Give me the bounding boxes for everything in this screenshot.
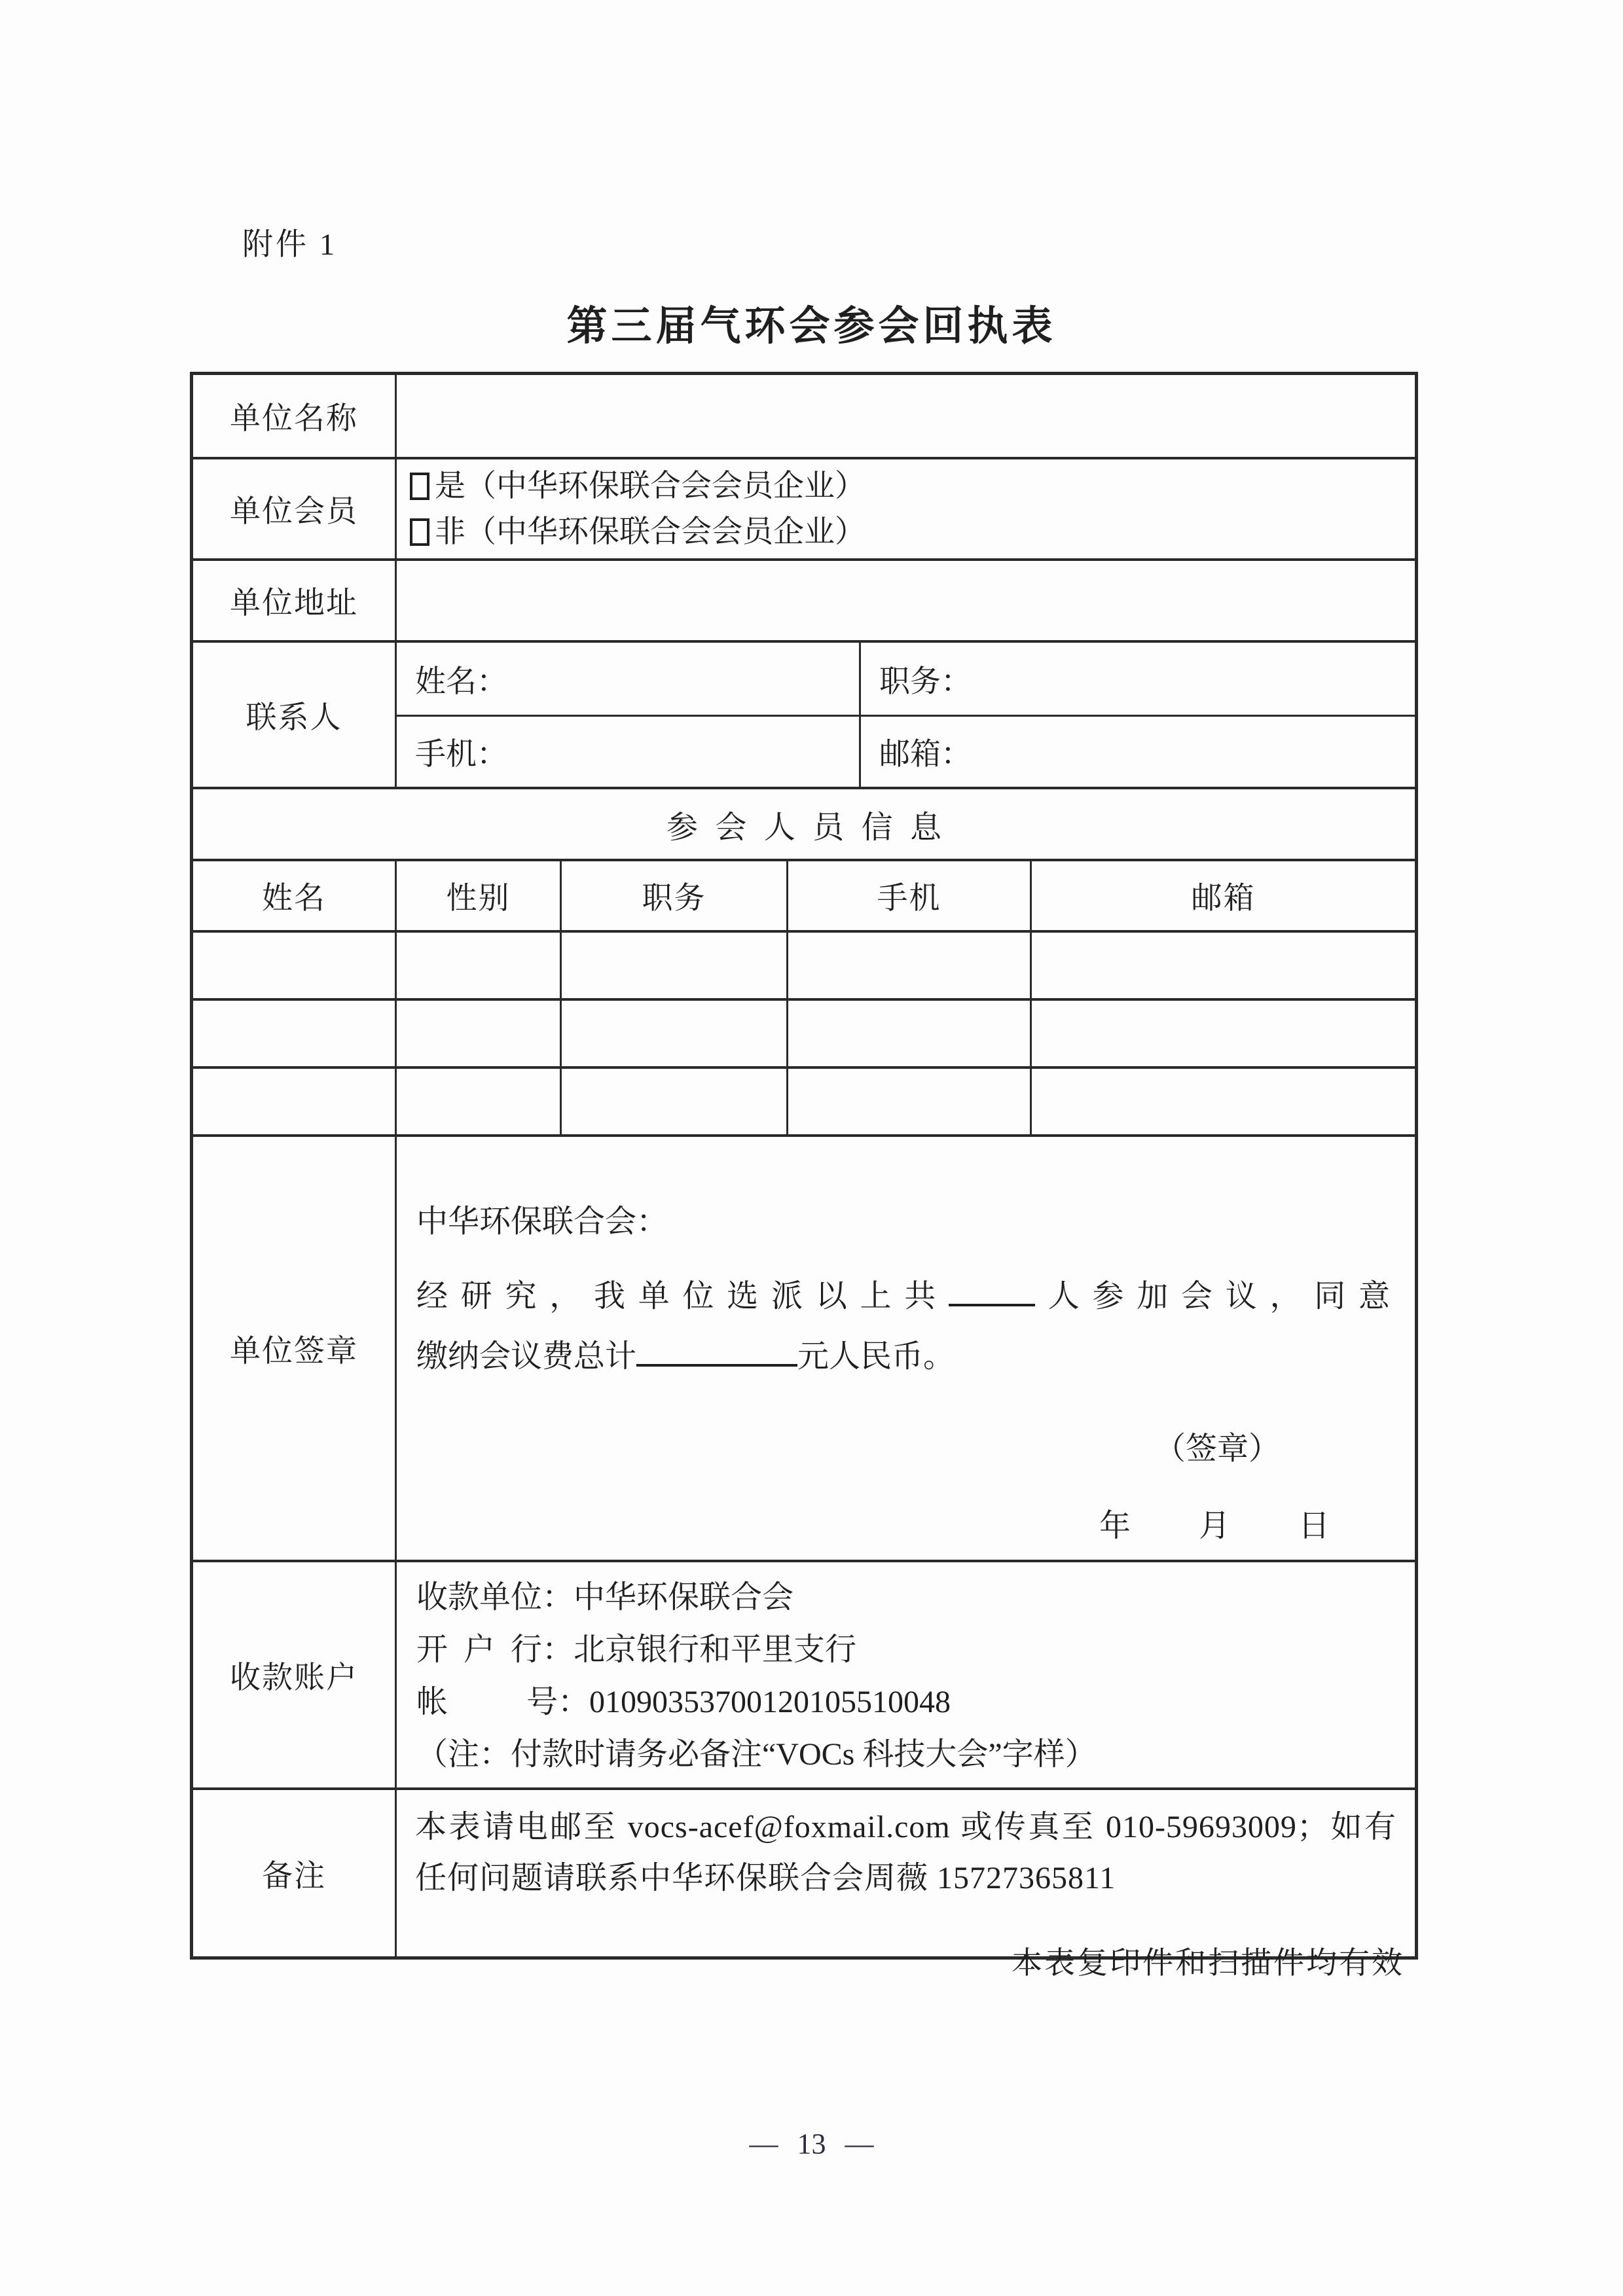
contact-position-label: 职务：: [879, 657, 972, 701]
member-yes-label: 是（中华环保联合会会员企业）: [435, 465, 866, 507]
fee-blank-field[interactable]: [636, 1335, 797, 1367]
copies-valid-note: 本表复印件和扫描件均有效: [1012, 1939, 1404, 1982]
account-number-line: 帐 号：01090353700120105510048: [416, 1676, 1402, 1729]
participant-cell[interactable]: [786, 1001, 1030, 1066]
row-unit-address: 单位地址: [193, 558, 1415, 640]
participant-cell[interactable]: [1030, 933, 1415, 998]
row-unit-member: 单位会员 是（中华环保联合会会员企业） 非（中华环保联合会会员企业）: [193, 457, 1415, 558]
contact-name-label: 姓名：: [415, 657, 507, 701]
row-account: 收款账户 收款单位：中华环保联合会 开 户 行：北京银行和平里支行 帐 号：01…: [193, 1560, 1415, 1787]
contact-mobile-field[interactable]: 手机：: [397, 715, 859, 787]
contact-email-label: 邮箱：: [879, 730, 972, 774]
participant-cell[interactable]: [786, 933, 1030, 998]
col-header-name: 姓名: [193, 861, 395, 930]
member-no-checkbox[interactable]: [410, 518, 429, 546]
participant-cell[interactable]: [1030, 1069, 1415, 1134]
participant-cell[interactable]: [786, 1069, 1030, 1134]
date-month-label: 月: [1199, 1509, 1230, 1543]
contact-grid: 姓名： 职务： 手机： 邮箱：: [395, 643, 1415, 787]
participant-row: [193, 998, 1415, 1066]
signature-line2: 缴纳会议费总计元人民币。: [416, 1327, 1390, 1387]
row-remarks: 备注 本表请电邮至 vocs-acef@foxmail.com 或传真至 010…: [193, 1787, 1415, 1956]
scanned-form-page: { "colors": { "paper": "#fdfdfd", "ink":…: [0, 0, 1623, 2296]
participants-section-title: 参会人员信息: [193, 787, 1415, 859]
headcount-blank-field[interactable]: [949, 1275, 1035, 1306]
account-body: 收款单位：中华环保联合会 开 户 行：北京银行和平里支行 帐 号：0109035…: [395, 1562, 1415, 1787]
signature-salutation: 中华环保联合会：: [416, 1197, 1390, 1247]
unit-member-label: 单位会员: [193, 459, 395, 558]
member-option-no: 非（中华环保联合会会员企业）: [410, 511, 1415, 553]
date-line: 年月日: [416, 1505, 1390, 1548]
member-yes-checkbox[interactable]: [410, 473, 429, 500]
participant-cell[interactable]: [395, 1001, 560, 1066]
attachment-label: 附件 1: [242, 220, 337, 264]
participant-row: [193, 930, 1415, 998]
unit-name-label: 单位名称: [193, 375, 395, 457]
participants-header-row: 姓名 性别 职务 手机 邮箱: [193, 859, 1415, 930]
signature-line2-post: 元人民币。: [797, 1339, 955, 1374]
page-title: 第三届气环会参会回执表: [0, 293, 1623, 351]
contact-label: 联系人: [193, 643, 395, 787]
col-header-gender: 性别: [395, 861, 560, 930]
col-header-mobile: 手机: [786, 861, 1030, 930]
row-signature: 单位签章 中华环保联合会： 经研究，我单位选派以上共人参加会议，同意 缴纳会议费…: [193, 1134, 1415, 1560]
col-header-position: 职务: [560, 861, 786, 930]
participant-cell[interactable]: [193, 933, 395, 998]
account-bank-line: 开 户 行：北京银行和平里支行: [416, 1624, 1402, 1676]
account-payee-line: 收款单位：中华环保联合会: [416, 1571, 1402, 1624]
participant-cell[interactable]: [560, 1069, 786, 1134]
col-header-email: 邮箱: [1030, 861, 1415, 930]
participant-cell[interactable]: [1030, 1001, 1415, 1066]
signature-line1-post: 人参加会议，同意: [1035, 1279, 1390, 1314]
date-day-label: 日: [1298, 1509, 1330, 1543]
remarks-label: 备注: [193, 1790, 395, 1956]
participant-cell[interactable]: [395, 933, 560, 998]
signature-body: 中华环保联合会： 经研究，我单位选派以上共人参加会议，同意 缴纳会议费总计元人民…: [395, 1137, 1415, 1560]
signature-line2-pre: 缴纳会议费总计: [416, 1339, 636, 1374]
row-contact: 联系人 姓名： 职务： 手机： 邮箱：: [193, 640, 1415, 787]
member-no-label: 非（中华环保联合会会员企业）: [435, 511, 866, 553]
participant-cell[interactable]: [560, 1001, 786, 1066]
remarks-text: 本表请电邮至 vocs-acef@foxmail.com 或传真至 010-59…: [395, 1790, 1415, 1956]
contact-email-field[interactable]: 邮箱：: [859, 715, 1415, 787]
contact-position-field[interactable]: 职务：: [859, 643, 1415, 715]
contact-name-field[interactable]: 姓名：: [397, 643, 859, 715]
participant-cell[interactable]: [193, 1001, 395, 1066]
row-unit-name: 单位名称: [193, 375, 1415, 457]
participant-row: [193, 1066, 1415, 1134]
signature-line1-pre: 经研究，我单位选派以上共: [416, 1279, 949, 1314]
account-label: 收款账户: [193, 1562, 395, 1787]
participant-cell[interactable]: [193, 1069, 395, 1134]
signature-label: 单位签章: [193, 1137, 395, 1560]
unit-address-label: 单位地址: [193, 561, 395, 640]
seal-hint: （签章）: [416, 1427, 1390, 1471]
participant-cell[interactable]: [395, 1069, 560, 1134]
signature-line1: 经研究，我单位选派以上共人参加会议，同意: [416, 1266, 1390, 1327]
account-note-line: （注：付款时请务必备注“VOCs 科技大会”字样）: [416, 1729, 1402, 1781]
contact-mobile-label: 手机：: [415, 730, 507, 774]
unit-member-options: 是（中华环保联合会会员企业） 非（中华环保联合会会员企业）: [395, 459, 1415, 558]
registration-form-table: 单位名称 单位会员 是（中华环保联合会会员企业） 非（中华环保联合会会员企业） …: [190, 372, 1418, 1960]
unit-name-field[interactable]: [395, 375, 1415, 457]
page-number: — 13 —: [0, 2127, 1623, 2161]
participant-cell[interactable]: [560, 933, 786, 998]
unit-address-field[interactable]: [395, 561, 1415, 640]
member-option-yes: 是（中华环保联合会会员企业）: [410, 465, 1415, 507]
date-year-label: 年: [1099, 1509, 1131, 1543]
